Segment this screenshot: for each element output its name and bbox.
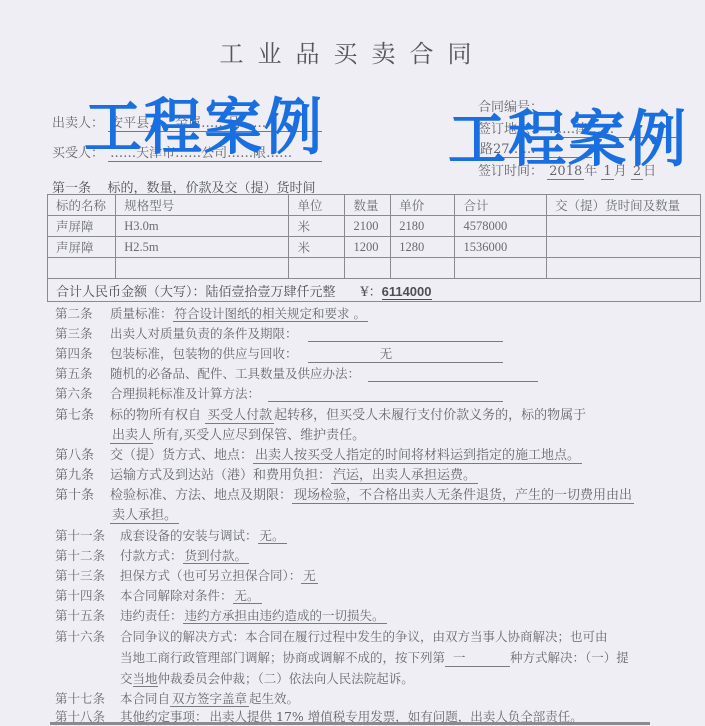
article-4: 第四条包装标准，包装物的供应与回收：无 bbox=[55, 344, 503, 363]
total-symbol: ¥： bbox=[360, 285, 381, 300]
total-value: 6114000 bbox=[382, 284, 432, 300]
article-7: 第七条标的物所有权自 买受人付款起转移，但买受人未履行支付价款义务的，标的物属于 bbox=[55, 404, 586, 423]
article-10: 第十条检验标准、方法、地点及期限：现场检验，不合格出卖人无条件退货，产生的一切费… bbox=[55, 484, 634, 503]
header-cell: 规格型号 bbox=[116, 195, 289, 216]
article-6: 第六条合理损耗标准及计算方法： bbox=[55, 384, 503, 402]
table-row-empty bbox=[48, 258, 701, 279]
article-13: 第十三条担保方式（也可另立担保合同）：无 bbox=[55, 566, 318, 584]
article-8: 第八条交（提）货方式、地点：出卖人按买受人指定的时间将材料运到指定的施工地点。 bbox=[55, 444, 582, 463]
table-row: 声屏障 H3.0m 米 2100 2180 4578000 bbox=[48, 216, 701, 237]
article-10-cont: 卖人承担。 bbox=[110, 504, 179, 523]
article-9: 第九条运输方式及到达站（港）和费用负担：汽运，出卖人承担运费。 bbox=[55, 464, 478, 483]
article-12: 第十二条付款方式：货到付款。 bbox=[55, 546, 249, 564]
article-16-line3: 交当地仲裁委员会仲裁；（二）依法向人民法院起诉。 bbox=[120, 669, 414, 687]
header-cell: 交（提）货时间及数量 bbox=[547, 195, 701, 216]
table-header-row: 标的名称 规格型号 单位 数量 单价 合计 交（提）货时间及数量 bbox=[48, 195, 701, 216]
page-bottom-rule bbox=[50, 722, 650, 725]
header-cell: 单位 bbox=[289, 195, 345, 216]
article-5: 第五条随机的必备品、配件、工具数量及供应办法： bbox=[55, 364, 538, 382]
contract-page: 工业品买卖合同 出卖人： 安平县……金属……品…… 买受人： ……天津市……公司… bbox=[0, 0, 705, 726]
total-label: 合计人民币金额（大写）：陆佰壹拾壹万肆仟元整 bbox=[56, 285, 336, 300]
article-3: 第三条出卖人对质量负责的条件及期限： bbox=[55, 324, 503, 342]
article-16-line2: 当地工商行政管理部门调解；协商或调解不成的，按下列第一种方式解决：（一）提 bbox=[120, 648, 629, 667]
header-cell: 合计 bbox=[455, 195, 547, 216]
article-11: 第十一条成套设备的安装与调试：无。 bbox=[55, 526, 287, 544]
header-cell: 数量 bbox=[345, 195, 391, 216]
document-title: 工业品买卖合同 bbox=[0, 34, 705, 69]
article-14: 第十四条本合同解除对条件：无。 bbox=[55, 586, 262, 604]
header-cell: 单价 bbox=[391, 195, 455, 216]
article-7-cont: 出卖人所有,买受人应尽到保管、维护责任。 bbox=[110, 424, 365, 443]
table-row: 声屏障 H2.5m 米 1200 1280 1536000 bbox=[48, 237, 701, 258]
watermark-right: 工程案例 bbox=[448, 109, 688, 170]
article-15: 第十五条违约责任：违约方承担由违约造成的一切损失。 bbox=[55, 606, 387, 624]
article-17: 第十七条本合同自双方签字盖章起生效。 bbox=[55, 689, 299, 707]
goods-table: 标的名称 规格型号 单位 数量 单价 合计 交（提）货时间及数量 声屏障 H3.… bbox=[47, 194, 701, 302]
article-16: 第十六条合同争议的解决方式：本合同在履行过程中发生的争议，由双方当事人协商解决；… bbox=[55, 627, 608, 645]
table-total-row: 合计人民币金额（大写）：陆佰壹拾壹万肆仟元整 ¥：6114000 bbox=[48, 279, 701, 302]
article-2: 第二条质量标准：符合设计图纸的相关规定和要求 。 bbox=[55, 304, 368, 322]
header-cell: 标的名称 bbox=[48, 195, 116, 216]
watermark-left: 工程案例 bbox=[84, 97, 324, 158]
